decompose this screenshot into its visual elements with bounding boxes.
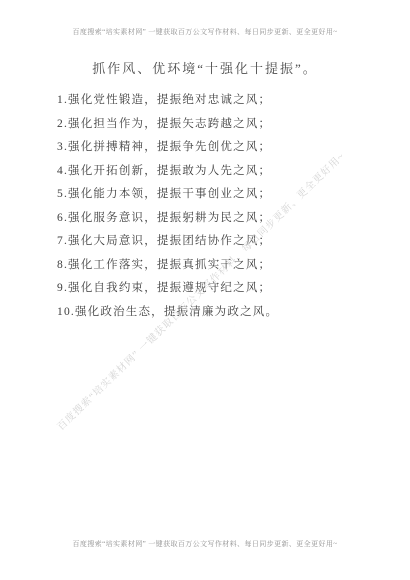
- list-item-10: 10.强化政治生态，提振清廉为政之风。: [57, 307, 390, 319]
- list-item-5: 5.强化能力本领，提振干事创业之风；: [57, 189, 390, 201]
- document-title: 抓作风、优环境“十强化十提振”。: [0, 58, 410, 77]
- list-item-4: 4.强化开拓创新，提振敢为人先之风；: [57, 166, 390, 178]
- header-promo-text: 百度搜索“培实素材网” 一键获取百万公文写作材料、每日同步更新、更全更好用~: [0, 27, 410, 37]
- list-item-1: 1.强化党性锻造，提振绝对忠诚之风；: [57, 95, 390, 107]
- list-item-8: 8.强化工作落实，提振真抓实干之风；: [57, 260, 390, 272]
- list-item-7: 7.强化大局意识，提振团结协作之风；: [57, 236, 390, 248]
- document-page: 百度搜索“培实素材网” 一键获取百万公文写作材料、每日同步更新、更全更好用~ 抓…: [0, 0, 410, 580]
- footer-promo-text: 百度搜索“培实素材网” 一键获取百万公文写作材料、每日同步更新、更全更好用~: [0, 539, 410, 549]
- list-item-2: 2.强化担当作为，提振矢志跨越之风；: [57, 119, 390, 131]
- item-list: 1.强化党性锻造，提振绝对忠诚之风； 2.强化担当作为，提振矢志跨越之风； 3.…: [57, 95, 390, 330]
- list-item-3: 3.强化拼搏精神，提振争先创优之风；: [57, 142, 390, 154]
- list-item-9: 9.强化自我约束，提振遵规守纪之风；: [57, 283, 390, 295]
- list-item-6: 6.强化服务意识，提振躬耕为民之风；: [57, 213, 390, 225]
